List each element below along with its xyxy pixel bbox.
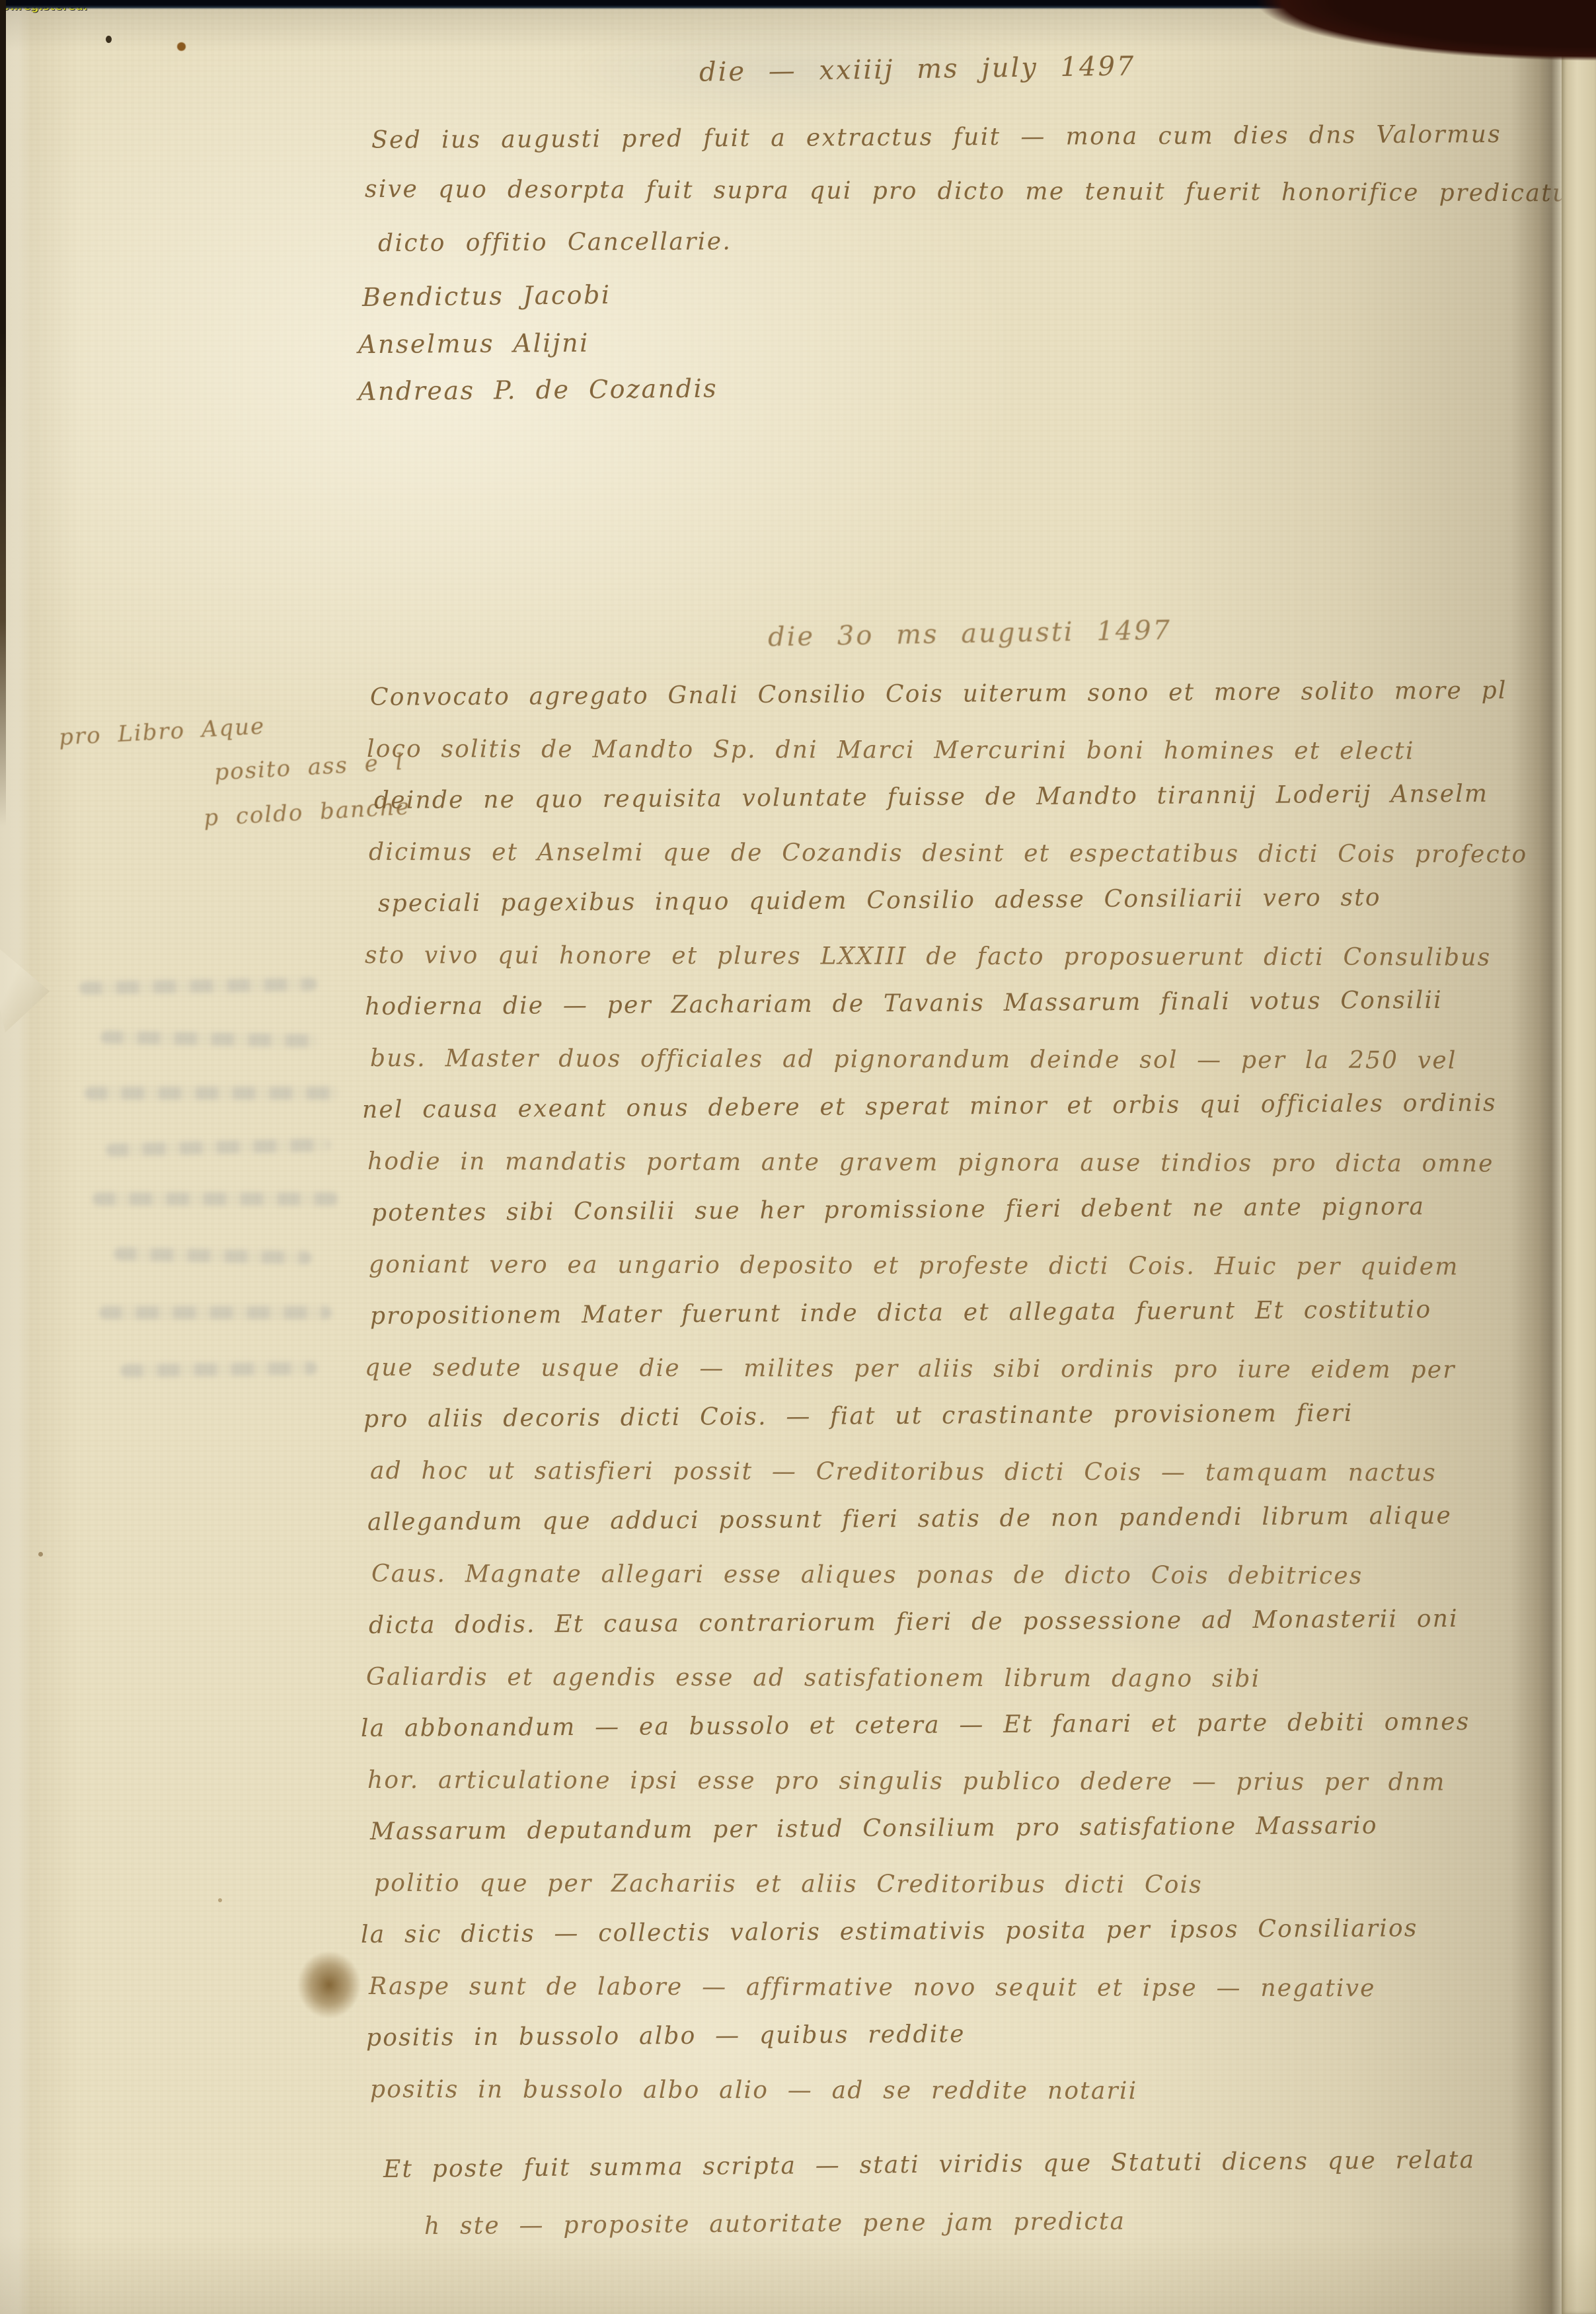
manuscript-line: ad hoc ut satisfieri possit — Creditorib… bbox=[370, 1457, 1437, 1486]
showthrough-ghost-line bbox=[93, 1192, 338, 1206]
council-name: Bendictus Jacobi bbox=[362, 280, 611, 312]
paper-speck bbox=[38, 1552, 43, 1557]
manuscript-line: que sedute usque die — milites per aliis… bbox=[365, 1354, 1456, 1383]
closing-line: h ste — proposite autoritate pene jam pr… bbox=[424, 2208, 1125, 2240]
manuscript-line: Raspe sunt de labore — affirmative novo … bbox=[369, 1973, 1376, 2002]
adjacent-page-edge bbox=[1562, 0, 1596, 2314]
manuscript-line: goniant vero ea ungario deposito et prof… bbox=[369, 1251, 1459, 1280]
manuscript-line: bus. Master duos officiales ad pignorand… bbox=[370, 1045, 1457, 1074]
paper-speck bbox=[218, 1898, 222, 1902]
manuscript-line: sto vivo qui honore et plures LXXIII de … bbox=[365, 942, 1491, 972]
manuscript-line: hor. articulatione ipsi esse pro singuli… bbox=[367, 1767, 1446, 1796]
manuscript-line: Caus. Magnate allegari esse aliques pona… bbox=[371, 1561, 1363, 1590]
showthrough-ghost-line bbox=[99, 1306, 332, 1319]
manuscript-line: hodie in mandatis portam ante gravem pig… bbox=[367, 1148, 1494, 1178]
date-heading-july-1497: die — xxiiij ms july 1497 bbox=[699, 51, 1136, 87]
scan-top-edge bbox=[0, 0, 1596, 9]
manuscript-line: politio que per Zachariis et aliis Credi… bbox=[374, 1870, 1203, 1899]
council-name: Anselmus Alijni bbox=[358, 328, 589, 359]
manuscript-line: positis in bussolo albo — quibus reddite bbox=[366, 2021, 966, 2052]
paper-speck bbox=[106, 36, 112, 43]
manuscript-line: positis in bussolo albo alio — ad se red… bbox=[370, 2076, 1137, 2104]
scan-left-edge bbox=[0, 0, 6, 826]
entry1-line: sive quo desorpta fuit supra qui pro dic… bbox=[365, 176, 1582, 207]
showthrough-ghost-line bbox=[85, 1087, 339, 1100]
manuscript-line: Galiardis et agendis esse ad satisfation… bbox=[366, 1664, 1260, 1693]
council-name: Andreas P. de Cozandis bbox=[358, 374, 718, 406]
showthrough-ghost-line bbox=[120, 1362, 317, 1377]
entry1-line: dicto offitio Cancellarie. bbox=[378, 228, 732, 257]
manuscript-line: dicimus et Anselmi que de Cozandis desin… bbox=[369, 839, 1527, 868]
paper-speck bbox=[177, 42, 186, 51]
manuscript-line: loco solitis de Mandto Sp. dni Marci Mer… bbox=[367, 736, 1415, 765]
manuscript-scan: Unregistered. die — xxiiij ms july 1497 … bbox=[0, 0, 1596, 2314]
